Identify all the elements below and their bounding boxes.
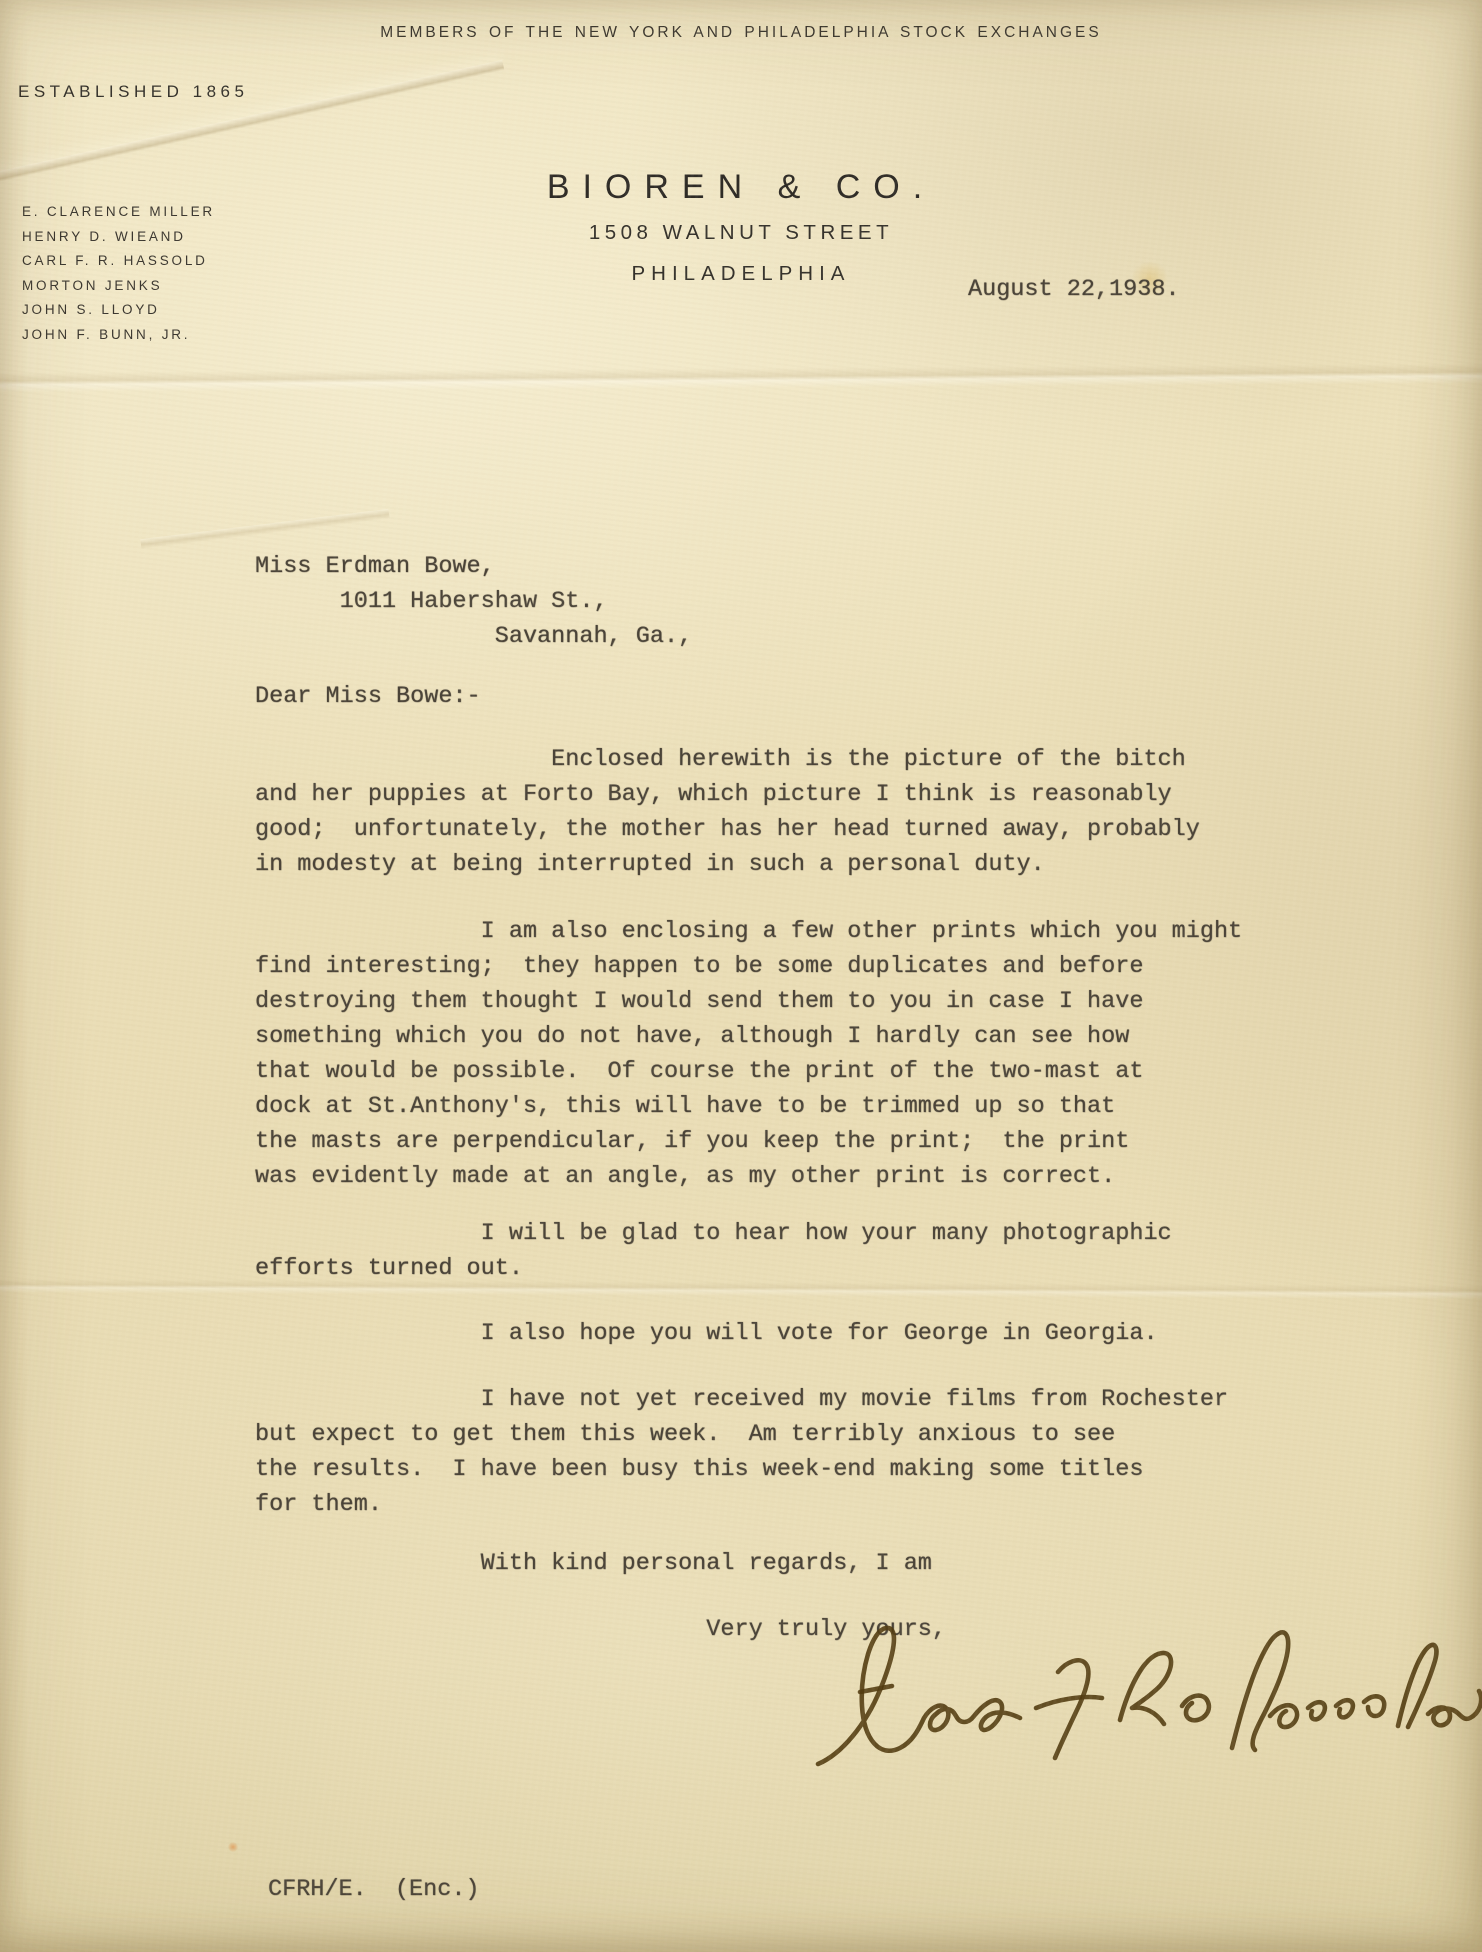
body-paragraph-4: I also hope you will vote for George in …: [255, 1316, 1158, 1351]
letterhead-street-address: 1508 WALNUT STREET: [0, 221, 1482, 245]
signature-stroke-l: [1398, 1645, 1436, 1727]
signature-stroke-tick: [860, 1686, 892, 1692]
signature-stroke-o: [1182, 1696, 1209, 1721]
body-paragraph-3: I will be glad to hear how your many pho…: [255, 1216, 1172, 1286]
signature-stroke-f: [1055, 1660, 1088, 1758]
signature-stroke-r: [1120, 1653, 1171, 1724]
signature-stroke-h: [1232, 1632, 1288, 1750]
body-paragraph-2: I am also enclosing a few other prints w…: [255, 914, 1242, 1194]
letterhead-company-name: BIOREN & CO.: [0, 168, 1482, 207]
body-paragraph-1: Enclosed herewith is the picture of the …: [255, 742, 1200, 882]
signature-stroke-a: [1270, 1705, 1297, 1727]
letter-scan-page: MEMBERS OF THE NEW YORK AND PHILADELPHIA…: [0, 0, 1482, 1952]
signature-stroke-f-cross: [1036, 1697, 1102, 1708]
paper-wrinkle: [140, 509, 389, 549]
letterhead-members-line: MEMBERS OF THE NEW YORK AND PHILADELPHIA…: [0, 24, 1482, 42]
closing-regards-line: With kind personal regards, I am: [255, 1546, 932, 1581]
paper-fold-crease-upper: [0, 363, 1482, 392]
body-paragraph-5: I have not yet received my movie films f…: [255, 1382, 1228, 1522]
handwritten-signature: [808, 1596, 1482, 1781]
signature-stroke-s1: [1308, 1702, 1325, 1719]
signature-stroke-d-flourish: [1428, 1691, 1481, 1725]
reference-line: CFRH/E. (Enc.): [268, 1872, 480, 1907]
letterhead-established: ESTABLISHED 1865: [18, 82, 248, 102]
recipient-address-block: Miss Erdman Bowe, 1011 Habershaw St., Sa…: [255, 549, 692, 654]
letterhead-city: PHILADELPHIA: [0, 262, 1482, 286]
signature-stroke-carl: [818, 1628, 1020, 1764]
paper-stain-small: [228, 1842, 238, 1852]
signature-stroke-o2: [1364, 1696, 1384, 1716]
salutation-line: Dear Miss Bowe:-: [255, 679, 481, 714]
letter-date: August 22,1938.: [968, 272, 1180, 307]
signature-stroke-s2: [1336, 1700, 1353, 1717]
